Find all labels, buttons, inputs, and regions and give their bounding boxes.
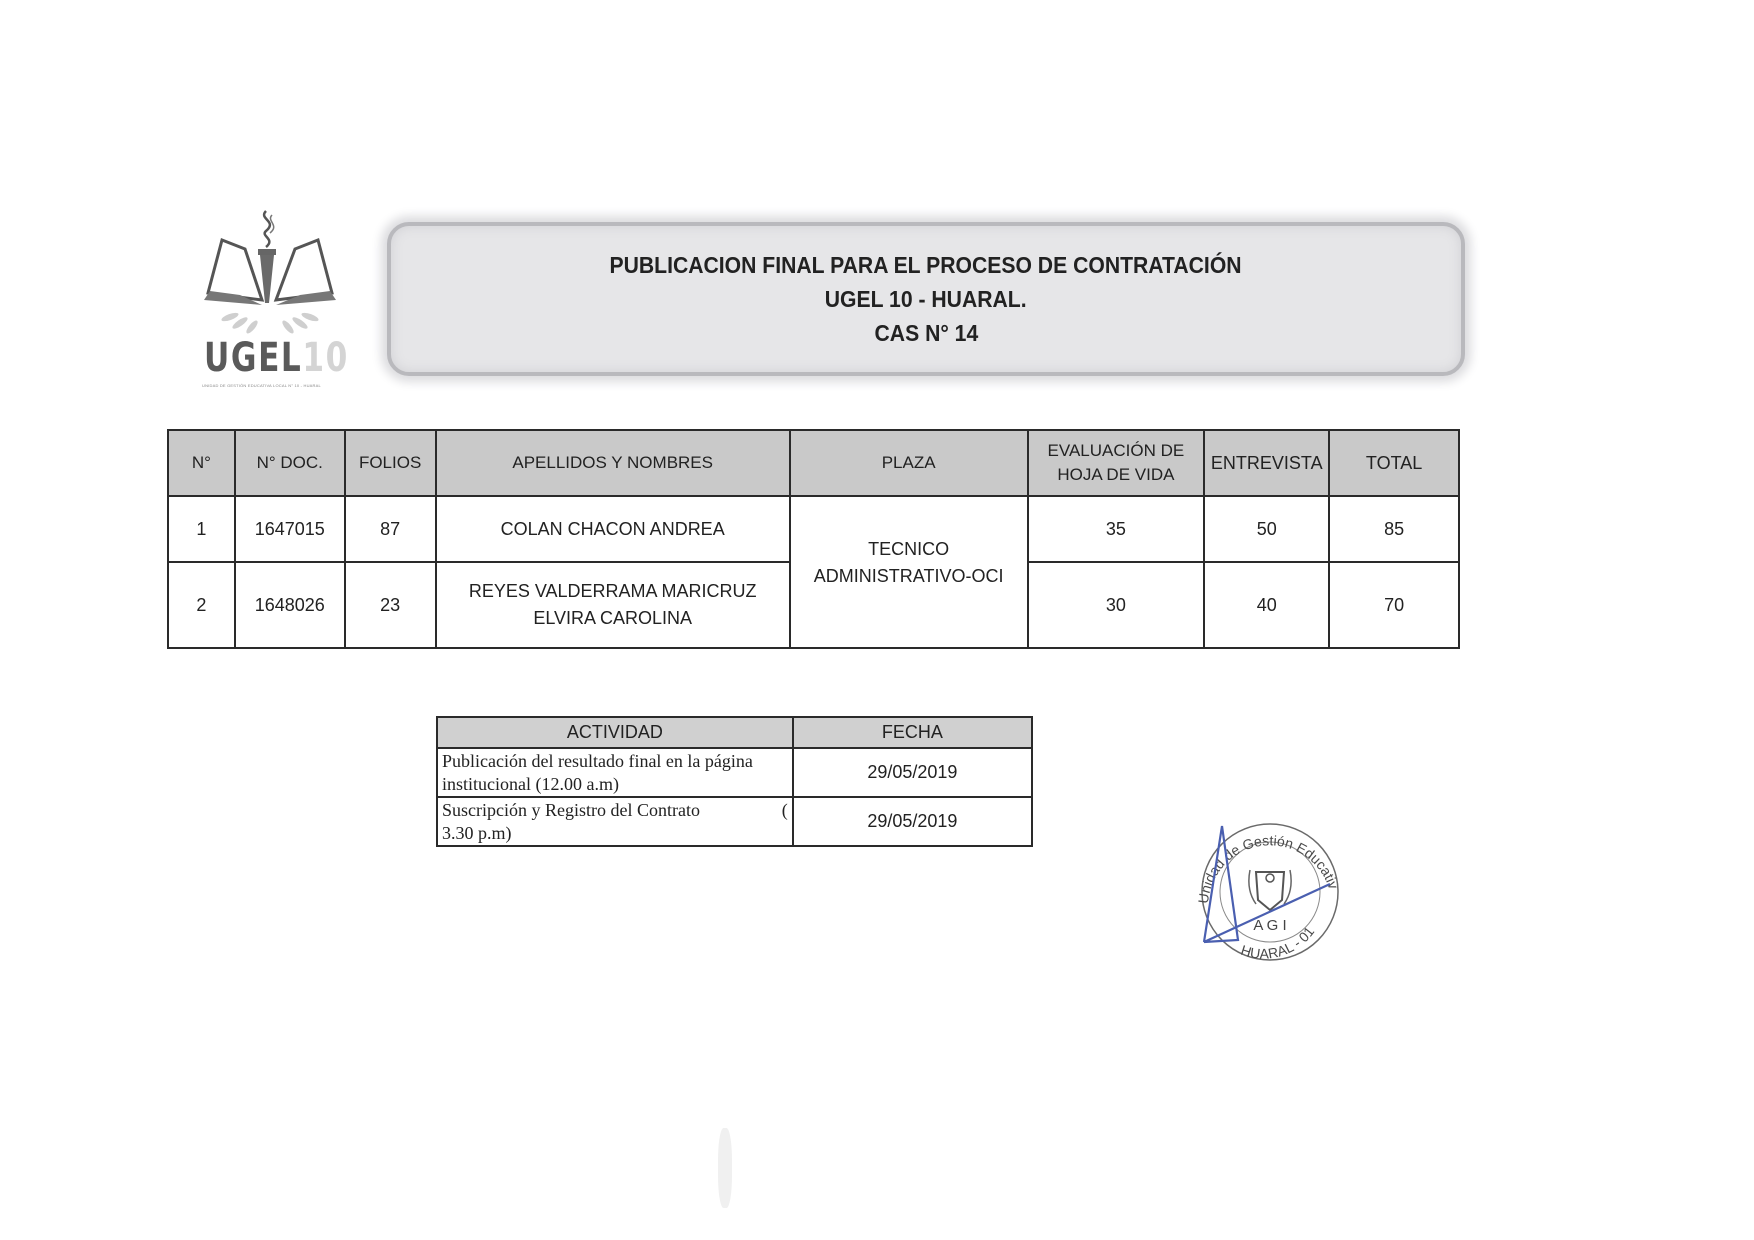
cell-folios: 87 — [345, 496, 436, 562]
logo-wordmark: UGEL10 — [204, 338, 349, 378]
col-header-date: FECHA — [793, 717, 1032, 748]
title-line-3: CAS N° 14 — [874, 316, 978, 350]
cell-evaluation: 35 — [1028, 496, 1205, 562]
logo-subtitle: UNIDAD DE GESTIÓN EDUCATIVA LOCAL N° 10 … — [202, 383, 342, 388]
col-header-evaluation: EVALUACIÓN DE HOJA DE VIDA — [1028, 430, 1205, 496]
seal-icon: Unidad de Gestión Educativa Local N° 10 … — [1180, 812, 1350, 972]
col-header-doc: N° DOC. — [235, 430, 345, 496]
cell-number: 1 — [168, 496, 235, 562]
col-header-activity: ACTIVIDAD — [437, 717, 793, 748]
cell-activity: ( Suscripción y Registro del Contrato 3.… — [437, 797, 793, 846]
results-header-row: N° N° DOC. FOLIOS APELLIDOS Y NOMBRES PL… — [168, 430, 1459, 496]
schedule-row: ( Suscripción y Registro del Contrato 3.… — [437, 797, 1032, 846]
col-header-folios: FOLIOS — [345, 430, 436, 496]
results-table: N° N° DOC. FOLIOS APELLIDOS Y NOMBRES PL… — [167, 429, 1460, 649]
col-header-interview: ENTREVISTA — [1204, 430, 1329, 496]
official-seal-stamp: Unidad de Gestión Educativa Local N° 10 … — [1180, 812, 1350, 972]
title-line-2: UGEL 10 - HUARAL. — [825, 282, 1027, 316]
cell-evaluation: 30 — [1028, 562, 1205, 648]
col-header-number: N° — [168, 430, 235, 496]
ugel-logo: UGEL10 UNIDAD DE GESTIÓN EDUCATIVA LOCAL… — [200, 205, 340, 395]
cell-name: REYES VALDERRAMA MARICRUZ ELVIRA CAROLIN… — [436, 562, 790, 648]
cell-doc: 1648026 — [235, 562, 345, 648]
table-row: 1 1647015 87 COLAN CHACON ANDREA TECNICO… — [168, 496, 1459, 562]
col-header-plaza: PLAZA — [790, 430, 1028, 496]
scan-artifact — [718, 1128, 732, 1208]
cell-interview: 50 — [1204, 496, 1329, 562]
document-title-box: PUBLICACION FINAL PARA EL PROCESO DE CON… — [387, 222, 1465, 376]
cell-total: 85 — [1329, 496, 1459, 562]
cell-plaza: TECNICO ADMINISTRATIVO-OCI — [790, 496, 1028, 648]
cell-interview: 40 — [1204, 562, 1329, 648]
cell-date: 29/05/2019 — [793, 797, 1032, 846]
title-line-1: PUBLICACION FINAL PARA EL PROCESO DE CON… — [610, 248, 1242, 282]
col-header-names: APELLIDOS Y NOMBRES — [436, 430, 790, 496]
schedule-row: Publicación del resultado final en la pá… — [437, 748, 1032, 797]
schedule-table: ACTIVIDAD FECHA Publicación del resultad… — [436, 716, 1033, 847]
cell-date: 29/05/2019 — [793, 748, 1032, 797]
schedule-header-row: ACTIVIDAD FECHA — [437, 717, 1032, 748]
cell-total: 70 — [1329, 562, 1459, 648]
cell-number: 2 — [168, 562, 235, 648]
seal-center-text: A G I — [1253, 917, 1286, 934]
book-torch-icon — [200, 205, 340, 340]
cell-doc: 1647015 — [235, 496, 345, 562]
cell-folios: 23 — [345, 562, 436, 648]
cell-name: COLAN CHACON ANDREA — [436, 496, 790, 562]
cell-activity: Publicación del resultado final en la pá… — [437, 748, 793, 797]
col-header-total: TOTAL — [1329, 430, 1459, 496]
